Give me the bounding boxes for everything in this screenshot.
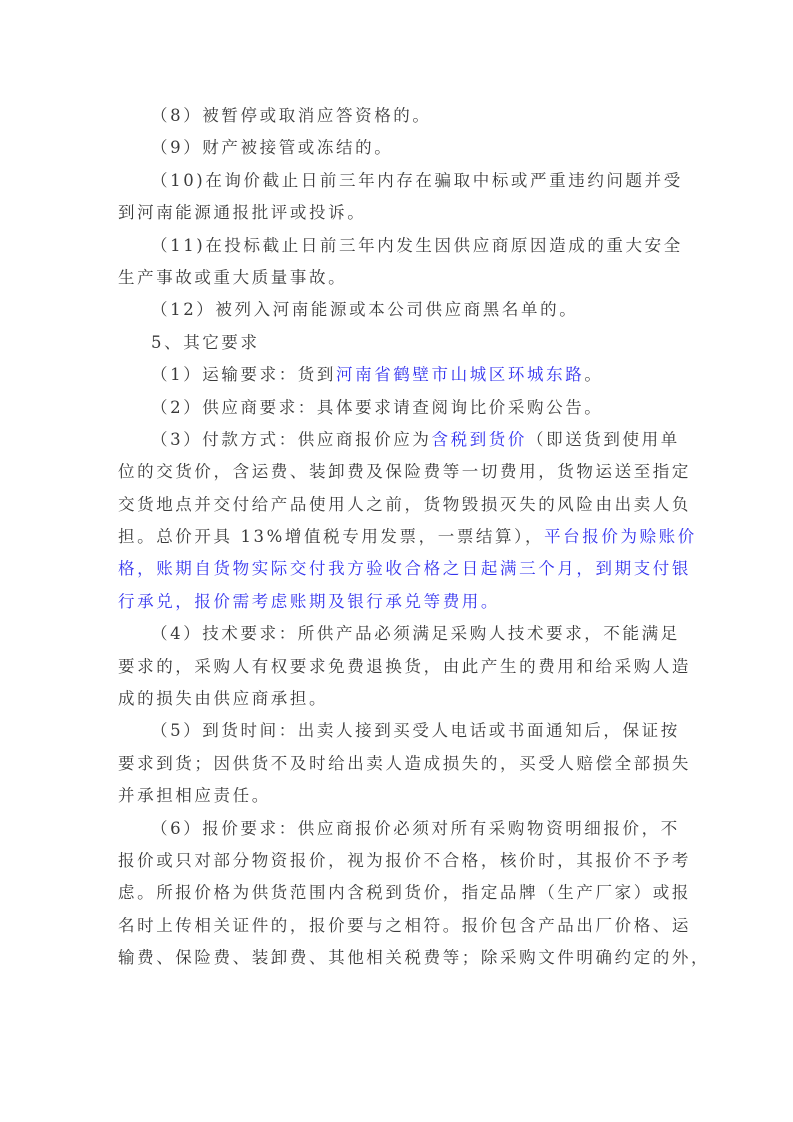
text-line: 格，账期自货物实际交付我方验收合格之日起满三个月，到期支付银 — [118, 553, 680, 585]
text-line: （6）报价要求：供应商报价必须对所有采购物资明细报价，不 — [118, 813, 680, 845]
text-line: （8）被暂停或取消应答资格的。 — [118, 100, 680, 132]
text-line: （9）财产被接管或冻结的。 — [118, 132, 680, 164]
body-text: （6）报价要求：供应商报价必须对所有采购物资明细报价，不 — [151, 819, 680, 838]
body-text: （8）被暂停或取消应答资格的。 — [151, 106, 432, 125]
body-text: 并承担相应责任。 — [118, 786, 271, 805]
body-text: 虑。所报价格为供货范围内含税到货价，指定品牌（生产厂家）或报 — [118, 883, 691, 902]
document-page: （8）被暂停或取消应答资格的。（9）财产被接管或冻结的。（10)在询价截止日前三… — [118, 100, 680, 975]
text-line: （1）运输要求：货到河南省鹤壁市山城区环城东路。 — [118, 359, 680, 391]
text-line: （11)在投标截止日前三年内发生因供应商原因造成的重大安全 — [118, 230, 680, 262]
text-line: 要求的，采购人有权要求免费退换货，由此产生的费用和给采购人造 — [118, 651, 680, 683]
text-line: 位的交货价，含运费、装卸费及保险费等一切费用，货物运送至指定 — [118, 456, 680, 488]
body-text: （2）供应商要求：具体要求请查阅询比价采购公告。 — [151, 398, 603, 417]
highlighted-text: 河南省鹤壁市山城区环城东路 — [336, 365, 584, 384]
text-line: 交货地点并交付给产品使用人之前，货物毁损灭失的风险由出卖人负 — [118, 489, 680, 521]
body-text: 输费、保险费、装卸费、其他相关税费等；除采购文件明确约定的外， — [118, 948, 710, 967]
body-text: 。 — [584, 365, 603, 384]
body-text: （11)在投标截止日前三年内发生因供应商原因造成的重大安全 — [151, 236, 683, 255]
paragraph-item-11: （11)在投标截止日前三年内发生因供应商原因造成的重大安全生产事故或重大质量事故… — [118, 230, 680, 295]
text-line: （5）到货时间：出卖人接到买受人电话或书面通知后，保证按 — [118, 715, 680, 747]
paragraph-req-6: （6）报价要求：供应商报价必须对所有采购物资明细报价，不报价或只对部分物资报价，… — [118, 813, 680, 975]
paragraph-item-9: （9）财产被接管或冻结的。 — [118, 132, 680, 164]
text-line: 成的损失由供应商承担。 — [118, 683, 680, 715]
body-text: 交货地点并交付给产品使用人之前，货物毁损灭失的风险由出卖人负 — [118, 495, 691, 514]
highlighted-text: 含税到货价 — [432, 430, 528, 449]
text-line: 担。总价开具 13%增值税专用发票，一票结算），平台报价为赊账价 — [118, 521, 680, 553]
text-line: 名时上传相关证件的，报价要与之相符。报价包含产品出厂价格、运 — [118, 910, 680, 942]
body-text: 要求的，采购人有权要求免费退换货，由此产生的费用和给采购人造 — [118, 657, 691, 676]
text-line: （12）被列入河南能源或本公司供应商黑名单的。 — [118, 294, 680, 326]
text-line: （10)在询价截止日前三年内存在骗取中标或严重违约问题并受 — [118, 165, 680, 197]
body-text: 要求到货；因供货不及时给出卖人造成损失的，买受人赔偿全部损失 — [118, 754, 691, 773]
text-line: 5、其它要求 — [118, 327, 680, 359]
body-text: 5、其它要求 — [151, 333, 260, 352]
paragraph-req-2: （2）供应商要求：具体要求请查阅询比价采购公告。 — [118, 392, 680, 424]
body-text: （4）技术要求：所供产品必须满足采购人技术要求，不能满足 — [151, 624, 680, 643]
text-line: 生产事故或重大质量事故。 — [118, 262, 680, 294]
text-line: 行承兑，报价需考虑账期及银行承兑等费用。 — [118, 586, 680, 618]
body-text: 位的交货价，含运费、装卸费及保险费等一切费用，货物运送至指定 — [118, 462, 691, 481]
paragraph-item-8: （8）被暂停或取消应答资格的。 — [118, 100, 680, 132]
highlighted-text: 平台报价为赊账价 — [544, 527, 697, 546]
text-line: 输费、保险费、装卸费、其他相关税费等；除采购文件明确约定的外， — [118, 942, 680, 974]
highlighted-text: 格，账期自货物实际交付我方验收合格之日起满三个月，到期支付银 — [118, 559, 691, 578]
body-text: 担。总价开具 13%增值税专用发票，一票结算）， — [118, 527, 544, 546]
body-text: 到河南能源通报批评或投诉。 — [118, 203, 366, 222]
highlighted-text: 行承兑，报价需考虑账期及银行承兑等费用。 — [118, 592, 500, 611]
text-line: （3）付款方式：供应商报价应为含税到货价（即送货到使用单 — [118, 424, 680, 456]
body-text: 生产事故或重大质量事故。 — [118, 268, 347, 287]
text-line: 并承担相应责任。 — [118, 780, 680, 812]
text-line: （4）技术要求：所供产品必须满足采购人技术要求，不能满足 — [118, 618, 680, 650]
text-line: 要求到货；因供货不及时给出卖人造成损失的，买受人赔偿全部损失 — [118, 748, 680, 780]
paragraph-req-4: （4）技术要求：所供产品必须满足采购人技术要求，不能满足要求的，采购人有权要求免… — [118, 618, 680, 715]
paragraph-item-12: （12）被列入河南能源或本公司供应商黑名单的。 — [118, 294, 680, 326]
body-text: （12）被列入河南能源或本公司供应商黑名单的。 — [151, 300, 578, 319]
body-text: 报价或只对部分物资报价，视为报价不合格，核价时，其报价不予考 — [118, 851, 691, 870]
text-line: 虑。所报价格为供货范围内含税到货价，指定品牌（生产厂家）或报 — [118, 877, 680, 909]
paragraph-req-1: （1）运输要求：货到河南省鹤壁市山城区环城东路。 — [118, 359, 680, 391]
body-text: （3）付款方式：供应商报价应为 — [151, 430, 432, 449]
body-text: （即送货到使用单 — [527, 430, 680, 449]
paragraph-item-10: （10)在询价截止日前三年内存在骗取中标或严重违约问题并受到河南能源通报批评或投… — [118, 165, 680, 230]
paragraph-req-5: （5）到货时间：出卖人接到买受人电话或书面通知后，保证按要求到货；因供货不及时给… — [118, 715, 680, 812]
text-line: 报价或只对部分物资报价，视为报价不合格，核价时，其报价不予考 — [118, 845, 680, 877]
paragraph-req-3: （3）付款方式：供应商报价应为含税到货价（即送货到使用单位的交货价，含运费、装卸… — [118, 424, 680, 618]
text-line: （2）供应商要求：具体要求请查阅询比价采购公告。 — [118, 392, 680, 424]
text-line: 到河南能源通报批评或投诉。 — [118, 197, 680, 229]
body-text: （10)在询价截止日前三年内存在骗取中标或严重违约问题并受 — [151, 171, 683, 190]
body-text: （9）财产被接管或冻结的。 — [151, 138, 393, 157]
body-text: 成的损失由供应商承担。 — [118, 689, 328, 708]
body-text: （1）运输要求：货到 — [151, 365, 336, 384]
paragraph-section-5: 5、其它要求 — [118, 327, 680, 359]
body-text: 名时上传相关证件的，报价要与之相符。报价包含产品出厂价格、运 — [118, 916, 691, 935]
body-text: （5）到货时间：出卖人接到买受人电话或书面通知后，保证按 — [151, 721, 680, 740]
